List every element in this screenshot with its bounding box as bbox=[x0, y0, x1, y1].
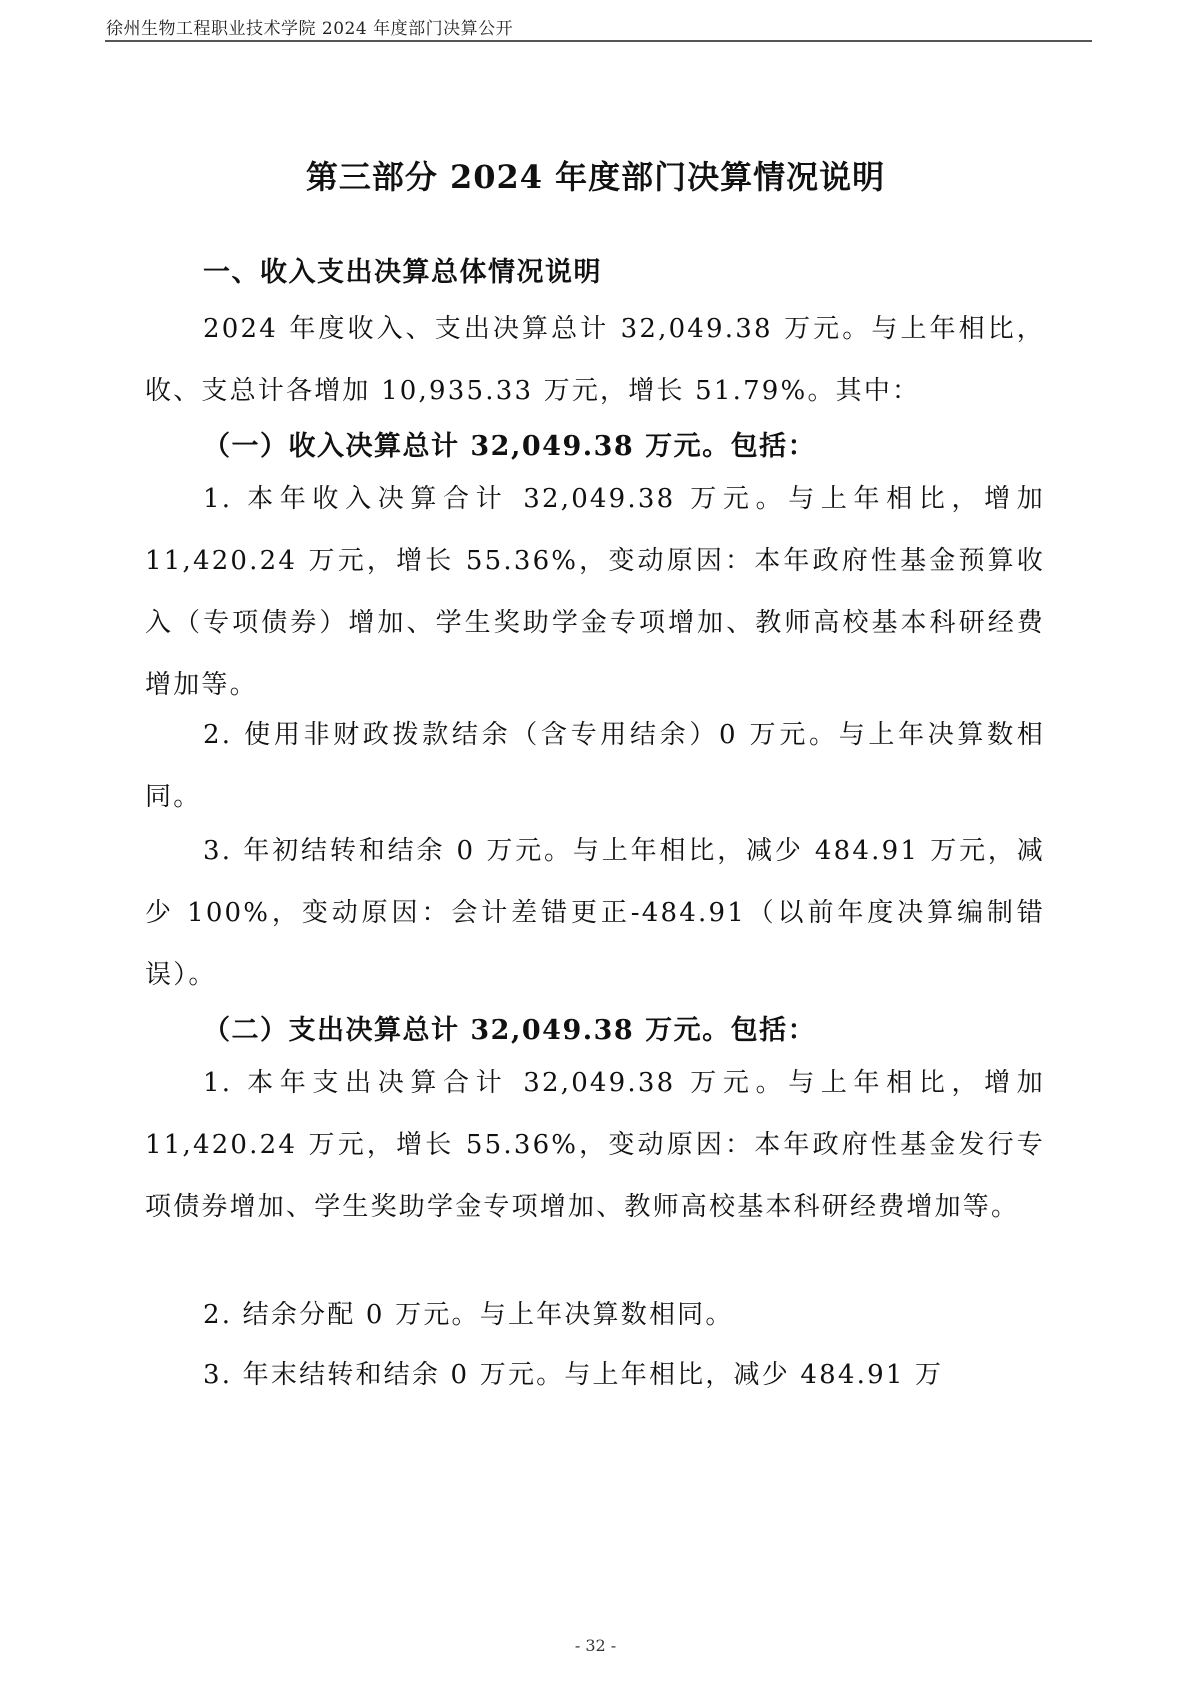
expense-item-1-text: 1. 本年支出决算合计 32,049.38 万元。与上年相比，增加 11,420… bbox=[145, 1068, 1045, 1222]
intro-paragraph: 2024 年度收入、支出决算总计 32,049.38 万元。与上年相比，收、支总… bbox=[145, 298, 1045, 422]
section-heading: 一、收入支出决算总体情况说明 bbox=[203, 250, 602, 289]
expense-item-2: 2. 结余分配 0 万元。与上年决算数相同。 bbox=[145, 1284, 1045, 1346]
expense-item-3-text: 3. 年末结转和结余 0 万元。与上年相比，减少 484.91 万 bbox=[145, 1360, 943, 1390]
header-divider bbox=[105, 40, 1092, 42]
expense-item-2-text: 2. 结余分配 0 万元。与上年决算数相同。 bbox=[145, 1300, 734, 1330]
intro-text: 2024 年度收入、支出决算总计 32,049.38 万元。与上年相比，收、支总… bbox=[145, 314, 1045, 406]
income-item-2-text: 2. 使用非财政拨款结余（含专用结余）0 万元。与上年决算数相同。 bbox=[145, 720, 1045, 812]
expense-heading: （二）支出决算总计 32,049.38 万元。包括： bbox=[203, 1008, 816, 1047]
running-header: 徐州生物工程职业技术学院 2024 年度部门决算公开 bbox=[106, 14, 513, 39]
page-title: 第三部分 2024 年度部门决算情况说明 bbox=[0, 152, 1191, 198]
income-item-3-text: 3. 年初结转和结余 0 万元。与上年相比，减少 484.91 万元，减少 10… bbox=[145, 836, 1045, 990]
income-item-3: 3. 年初结转和结余 0 万元。与上年相比，减少 484.91 万元，减少 10… bbox=[145, 820, 1045, 1006]
income-item-2: 2. 使用非财政拨款结余（含专用结余）0 万元。与上年决算数相同。 bbox=[145, 704, 1045, 828]
income-item-1-text: 1. 本年收入决算合计 32,049.38 万元。与上年相比，增加 11,420… bbox=[145, 484, 1045, 700]
expense-item-1: 1. 本年支出决算合计 32,049.38 万元。与上年相比，增加 11,420… bbox=[145, 1052, 1045, 1238]
page-number: - 32 - bbox=[0, 1636, 1191, 1655]
expense-item-3: 3. 年末结转和结余 0 万元。与上年相比，减少 484.91 万 bbox=[145, 1344, 1045, 1406]
income-heading: （一）收入决算总计 32,049.38 万元。包括： bbox=[203, 424, 816, 463]
income-item-1: 1. 本年收入决算合计 32,049.38 万元。与上年相比，增加 11,420… bbox=[145, 468, 1045, 716]
